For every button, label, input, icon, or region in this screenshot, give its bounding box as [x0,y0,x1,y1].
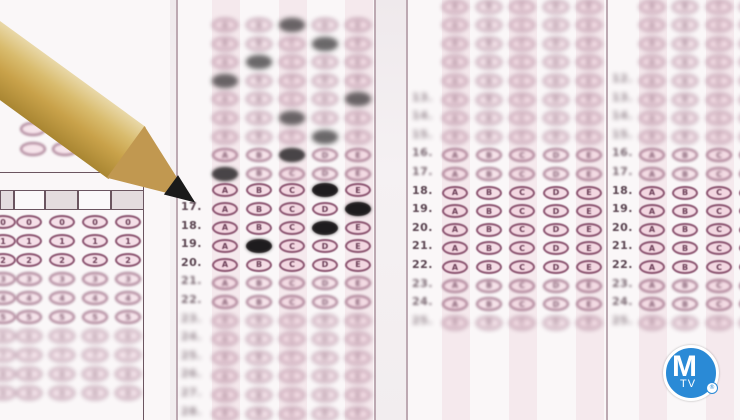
logo-sub: TV [680,378,696,390]
answer-bubble: B [246,18,272,32]
answer-bubble: C [706,223,732,237]
answer-bubble: C [706,93,732,107]
answer-bubble: B [246,202,272,216]
digit-bubble: 8 [82,367,108,381]
digit-bubble: 1 [115,234,141,248]
answer-bubble: A [639,167,665,181]
question-number: 24. [612,295,633,308]
answer-bubble: E [345,351,371,365]
logo-badge: ® [706,382,718,394]
answer-bubble: B [672,0,698,14]
answer-bubble: B [672,74,698,88]
answer-bubble: C [706,167,732,181]
answer-bubble: A [442,279,468,293]
answer-bubble: A [639,186,665,200]
question-number: 25. [181,349,202,362]
answer-bubble: D [312,351,338,365]
answer-bubble: A [212,74,238,88]
answer-bubble: E [345,388,371,402]
answer-bubble: B [246,295,272,309]
answer-bubble: A [639,74,665,88]
answer-bubble: A [212,295,238,309]
answer-bubble: C [509,0,535,14]
answer-bubble: A [212,351,238,365]
digit-bubble: 4 [49,291,75,305]
answer-bubble: B [476,0,502,14]
answer-bubble: B [476,279,502,293]
answer-bubble: C [509,260,535,274]
digit-bubble: 0 [115,215,141,229]
answer-bubble: E [345,37,371,51]
answer-bubble: B [246,351,272,365]
answer-bubble: E [576,223,602,237]
answer-bubble: B [476,186,502,200]
answer-bubble: A [212,221,238,235]
answer-bubble: D [543,93,569,107]
answer-bubble: B [246,221,272,235]
question-number: 13. [612,91,633,104]
digit-bubble: 0 [16,215,42,229]
question-number: 18. [612,184,633,197]
answer-bubble: D [312,130,338,144]
question-number: 19. [412,202,433,215]
answer-bubble: B [672,93,698,107]
answer-bubble: A [442,74,468,88]
answer-bubble: D [543,167,569,181]
digit-bubble: 8 [115,367,141,381]
answer-bubble: A [212,37,238,51]
question-number: 20. [181,256,202,269]
answer-bubble: E [345,258,371,272]
answer-bubble: D [543,130,569,144]
digit-bubble: 6 [16,329,42,343]
answer-bubble: A [639,0,665,14]
answer-bubble: B [476,260,502,274]
question-number: 16. [412,146,433,159]
answer-bubble: D [312,18,338,32]
answer-bubble: C [509,186,535,200]
answer-bubble: A [212,202,238,216]
answer-bubble: C [706,186,732,200]
answer-bubble: B [476,316,502,330]
digit-bubble: 4 [82,291,108,305]
digit-bubble: 2 [82,253,108,267]
answer-bubble: E [345,18,371,32]
answer-bubble: E [576,130,602,144]
digit-bubble: 8 [49,367,75,381]
question-number: 19. [181,237,202,250]
digit-bubble: 5 [115,310,141,324]
question-number: 15. [612,128,633,141]
digit-bubble: 0 [82,215,108,229]
id-header-box [78,190,111,210]
answer-bubble: D [543,223,569,237]
question-number: 23. [181,312,202,325]
digit-bubble: 3 [115,272,141,286]
answer-bubble: A [212,314,238,328]
answer-bubble: C [279,74,305,88]
answer-bubble: B [246,407,272,420]
answer-bubble: B [246,388,272,402]
answer-bubble: A [639,93,665,107]
answer-bubble: E [345,407,371,420]
answer-bubble: B [672,260,698,274]
digit-bubble: 5 [82,310,108,324]
answer-bubble: B [476,37,502,51]
answer-bubble: E [345,74,371,88]
answer-bubble: D [312,221,338,235]
answer-bubble: C [706,130,732,144]
answer-bubble: B [246,258,272,272]
answer-bubble: C [279,202,305,216]
answer-bubble: B [476,74,502,88]
question-number: 24. [181,330,202,343]
answer-bubble: B [672,186,698,200]
answer-bubble: A [442,37,468,51]
question-number: 16. [612,146,633,159]
question-number: 17. [412,165,433,178]
digit-bubble: 9 [82,386,108,400]
question-number: 25. [612,314,633,327]
answer-bubble: A [639,260,665,274]
digit-bubble: 9 [49,386,75,400]
digit-bubble: 7 [49,348,75,362]
digit-bubble: 7 [82,348,108,362]
answer-bubble: A [212,407,238,420]
question-number: 23. [612,277,633,290]
question-number: 20. [612,221,633,234]
answer-bubble: D [312,407,338,420]
answer-bubble: A [639,130,665,144]
answer-bubble: C [706,260,732,274]
answer-bubble: D [543,260,569,274]
answer-bubble: D [543,37,569,51]
question-number: 14. [412,109,433,122]
answer-bubble: B [672,223,698,237]
column-divider [606,0,608,420]
question-number: 24. [412,295,433,308]
question-number: 21. [181,274,202,287]
answer-bubble: A [442,167,468,181]
answer-bubble: C [706,37,732,51]
id-header-box [0,190,14,210]
question-number: 13. [412,91,433,104]
question-number: 27. [181,386,202,399]
answer-bubble: C [279,407,305,420]
digit-bubble: 7 [16,348,42,362]
answer-bubble: D [543,186,569,200]
id-header-box [45,190,78,210]
answer-bubble: E [576,279,602,293]
answer-bubble: A [639,37,665,51]
answer-bubble: D [312,314,338,328]
digit-bubble: 3 [82,272,108,286]
answer-bubble: A [639,223,665,237]
answer-bubble: E [345,314,371,328]
digit-bubble: 5 [49,310,75,324]
answer-bubble: C [509,316,535,330]
answer-bubble: C [509,279,535,293]
answer-bubble: D [312,167,338,181]
digit-bubble: 1 [16,234,42,248]
answer-bubble: B [246,111,272,125]
answer-bubble: B [246,130,272,144]
answer-bubble: A [442,223,468,237]
digit-bubble: 9 [115,386,141,400]
answer-bubble: C [279,258,305,272]
question-number: 19. [612,202,633,215]
mtv-logo-icon: M TV ® [663,345,719,401]
digit-bubble: 2 [115,253,141,267]
answer-bubble: E [345,221,371,235]
digit-bubble: 8 [16,367,42,381]
answer-bubble: B [476,167,502,181]
question-number: 25. [412,314,433,327]
answer-bubble: E [576,186,602,200]
answer-bubble: C [509,93,535,107]
question-number: 22. [181,293,202,306]
answer-bubble: C [279,111,305,125]
answer-bubble: A [442,0,468,14]
digit-bubble: 9 [16,386,42,400]
answer-bubble: D [312,37,338,51]
answer-bubble: C [279,37,305,51]
answer-sheet-photo: 0000011111222223333344444555556666677777… [0,0,740,420]
answer-bubble: D [312,388,338,402]
answer-bubble: C [509,130,535,144]
answer-bubble: C [279,388,305,402]
answer-bubble: C [706,316,732,330]
id-header-box [14,190,45,210]
digit-bubble: 3 [49,272,75,286]
question-number: 12. [612,72,633,85]
question-number: 20. [412,221,433,234]
answer-bubble: D [543,279,569,293]
answer-bubble: C [509,74,535,88]
answer-bubble: B [672,37,698,51]
answer-bubble: B [476,130,502,144]
question-number: 22. [612,258,633,271]
digit-bubble: 6 [82,329,108,343]
question-number: 18. [412,184,433,197]
answer-bubble: A [639,316,665,330]
answer-bubble: D [312,295,338,309]
digit-bubble: 4 [115,291,141,305]
answer-bubble: E [576,0,602,14]
answer-bubble: B [246,37,272,51]
answer-bubble: D [543,0,569,14]
answer-bubble: A [639,279,665,293]
answer-bubble: E [576,260,602,274]
digit-bubble: 5 [16,310,42,324]
question-number: 21. [412,239,433,252]
answer-bubble: C [706,0,732,14]
question-number: 21. [612,239,633,252]
answer-bubble: A [212,258,238,272]
question-number: 26. [181,367,202,380]
answer-bubble: C [509,37,535,51]
bubble-partial [20,142,46,156]
answer-bubble: C [509,167,535,181]
answer-bubble: B [246,167,272,181]
answer-bubble: A [212,18,238,32]
digit-bubble: 6 [115,329,141,343]
answer-bubble: E [576,316,602,330]
answer-bubble: C [279,221,305,235]
answer-bubble: A [212,130,238,144]
answer-bubble: A [442,130,468,144]
answer-bubble: E [345,111,371,125]
answer-bubble: E [345,202,371,216]
answer-bubble: B [476,93,502,107]
answer-bubble: B [672,167,698,181]
answer-bubble: E [345,167,371,181]
question-number: 15. [412,128,433,141]
answer-bubble: E [576,93,602,107]
answer-bubble: E [576,74,602,88]
digit-bubble: 4 [16,291,42,305]
digit-bubble: 6 [49,329,75,343]
answer-bubble: C [279,18,305,32]
answer-bubble: E [345,130,371,144]
question-number: 14. [612,109,633,122]
digit-bubble: 1 [49,234,75,248]
question-number: 17. [612,165,633,178]
answer-bubble: B [672,279,698,293]
answer-bubble: C [279,314,305,328]
answer-bubble: B [246,74,272,88]
answer-bubble: D [312,74,338,88]
answer-bubble: C [279,295,305,309]
answer-bubble: D [312,202,338,216]
digit-bubble: 1 [82,234,108,248]
answer-bubble: E [345,295,371,309]
answer-bubble: B [672,130,698,144]
answer-bubble: A [212,388,238,402]
answer-bubble: B [476,223,502,237]
answer-bubble: C [706,74,732,88]
answer-bubble: A [442,316,468,330]
answer-bubble: C [279,167,305,181]
answer-bubble: E [576,167,602,181]
answer-bubble: A [442,186,468,200]
answer-bubble: D [543,316,569,330]
answer-bubble: A [212,111,238,125]
answer-bubble: A [442,93,468,107]
digit-bubble: 2 [49,253,75,267]
digit-bubble: 7 [115,348,141,362]
answer-bubble: C [279,130,305,144]
answer-bubble: C [279,351,305,365]
digit-bubble: 0 [49,215,75,229]
answer-bubble: C [706,279,732,293]
digit-bubble: 2 [16,253,42,267]
column-divider [374,0,376,420]
digit-bubble: 3 [16,272,42,286]
answer-bubble: B [672,316,698,330]
answer-bubble: B [246,314,272,328]
answer-bubble: D [312,111,338,125]
answer-bubble: A [442,260,468,274]
question-number: 22. [412,258,433,271]
answer-bubble: D [312,258,338,272]
answer-bubble: E [576,37,602,51]
question-number: 28. [181,405,202,418]
question-number: 23. [412,277,433,290]
answer-bubble: D [543,74,569,88]
answer-bubble: C [509,223,535,237]
column-divider [406,0,408,420]
id-grid-right-border [143,172,144,420]
